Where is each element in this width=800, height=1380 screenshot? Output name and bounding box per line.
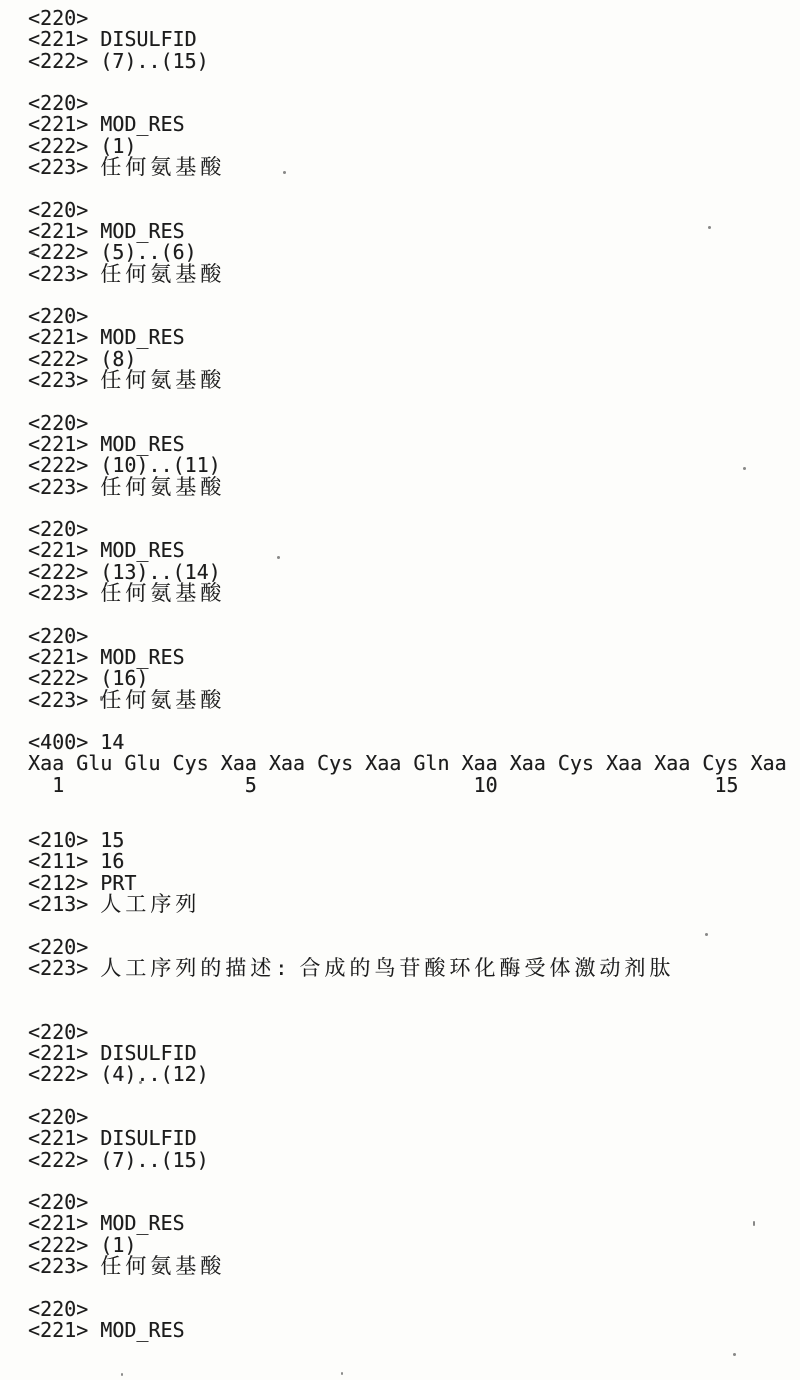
listing-line: <220> [28, 1022, 800, 1043]
scan-speck [753, 1221, 755, 1226]
listing-cjk-text: 任何氨基酸 [100, 1254, 225, 1278]
listing-line: <223> 任何氨基酸 [28, 690, 800, 711]
listing-cjk-text: 人工序列的描述 [100, 956, 275, 980]
listing-line: <221> DISULFID [28, 1128, 800, 1149]
listing-code-text: <222> (7)..(15) [28, 1148, 209, 1172]
listing-line: <221> MOD_RES [28, 221, 800, 242]
listing-cjk-text: 任何氨基酸 [100, 262, 225, 286]
scan-speck [708, 226, 711, 229]
listing-code-text: <223> [28, 956, 100, 980]
listing-line: <222> (4)..(12) [28, 1064, 800, 1085]
listing-line: <220> [28, 1299, 800, 1320]
scan-speck [283, 171, 286, 174]
listing-line: <221> DISULFID [28, 29, 800, 50]
sequence-listing-text: <220><221> DISULFID<222> (7)..(15)<220><… [28, 8, 800, 1341]
scan-speck [121, 1373, 123, 1376]
listing-block: <220><221> MOD_RES<222> (5)..(6)<223> 任何… [28, 200, 800, 285]
scan-speck [743, 467, 746, 470]
listing-block: <220><221> MOD_RES<222> (1)<223> 任何氨基酸 [28, 1192, 800, 1277]
listing-cjk-text: 任何氨基酸 [100, 475, 225, 499]
listing-line: <220> [28, 306, 800, 327]
listing-code-text: : [275, 956, 299, 980]
listing-block: <400> 14Xaa Glu Glu Cys Xaa Xaa Cys Xaa … [28, 732, 800, 796]
listing-line: <222> (8) [28, 349, 800, 370]
listing-cjk-text: 任何氨基酸 [100, 155, 225, 179]
listing-cjk-text: 合成的鸟苷酸环化酶受体激动剂肽 [299, 956, 674, 980]
listing-line: <221> MOD_RES [28, 647, 800, 668]
listing-line: <220> [28, 519, 800, 540]
listing-line: <223> 任何氨基酸 [28, 157, 800, 178]
listing-code-text: <223> [28, 368, 100, 392]
listing-cjk-text: 任何氨基酸 [100, 368, 225, 392]
listing-line: <222> (1) [28, 1235, 800, 1256]
listing-block: <220><221> MOD_RES<222> (16)<223> 任何氨基酸 [28, 626, 800, 711]
listing-block: <220><221> MOD_RES<222> (10)..(11)<223> … [28, 413, 800, 498]
scan-speck [277, 556, 280, 559]
scan-speck [705, 933, 708, 936]
listing-line: <223> 任何氨基酸 [28, 583, 800, 604]
listing-line: <212> PRT [28, 873, 800, 894]
listing-block: <220><221> MOD_RES<222> (8)<223> 任何氨基酸 [28, 306, 800, 391]
listing-line: <221> DISULFID [28, 1043, 800, 1064]
listing-block: <220><221> MOD_RES<222> (1)<223> 任何氨基酸 [28, 93, 800, 178]
listing-line: <222> (16) [28, 668, 800, 689]
listing-line: <211> 16 [28, 851, 800, 872]
listing-line: <223> 任何氨基酸 [28, 1256, 800, 1277]
listing-line: <220> [28, 200, 800, 221]
listing-code-text: 1 5 10 15 [28, 773, 738, 797]
listing-cjk-text: 任何氨基酸 [100, 581, 225, 605]
listing-code-text: <222> (4)..(12) [28, 1062, 209, 1086]
listing-code-text: <223> [28, 262, 100, 286]
listing-block: <220><221> MOD_RES<222> (13)..(14)<223> … [28, 519, 800, 604]
listing-code-text: <223> [28, 155, 100, 179]
listing-line: <221> MOD_RES [28, 327, 800, 348]
listing-line: 1 5 10 15 [28, 775, 800, 796]
listing-line: <220> [28, 8, 800, 29]
listing-line: <223> 人工序列的描述: 合成的鸟苷酸环化酶受体激动剂肽 [28, 958, 800, 979]
listing-line: <223> 任何氨基酸 [28, 370, 800, 391]
listing-code-text: <223> [28, 475, 100, 499]
listing-line: <220> [28, 626, 800, 647]
scan-speck [30, 252, 35, 254]
listing-code-text: <213> [28, 892, 100, 916]
listing-line: <220> [28, 1107, 800, 1128]
scan-speck [100, 696, 103, 701]
listing-block: <220><221> DISULFID<222> (4)..(12) [28, 1022, 800, 1086]
listing-block: <220><223> 人工序列的描述: 合成的鸟苷酸环化酶受体激动剂肽 [28, 937, 800, 980]
scan-speck [733, 1353, 736, 1356]
listing-line: <222> (13)..(14) [28, 562, 800, 583]
listing-line: <213> 人工序列 [28, 894, 800, 915]
listing-cjk-text: 人工序列 [100, 892, 200, 916]
listing-code-text: <221> MOD_RES [28, 1318, 185, 1342]
listing-line: <222> (7)..(15) [28, 1150, 800, 1171]
listing-code-text: <223> [28, 688, 100, 712]
listing-line: <221> MOD_RES [28, 540, 800, 561]
listing-cjk-text: 任何氨基酸 [100, 688, 225, 712]
listing-line: <223> 任何氨基酸 [28, 264, 800, 285]
listing-line: <221> MOD_RES [28, 114, 800, 135]
listing-line: <221> MOD_RES [28, 434, 800, 455]
listing-block: <210> 15<211> 16<212> PRT<213> 人工序列 [28, 830, 800, 915]
listing-line: <222> (5)..(6) [28, 242, 800, 263]
sequence-listing-page: <220><221> DISULFID<222> (7)..(15)<220><… [0, 0, 800, 1380]
listing-line: <222> (1) [28, 136, 800, 157]
listing-line: <210> 15 [28, 830, 800, 851]
listing-line: <220> [28, 1192, 800, 1213]
listing-line: <220> [28, 937, 800, 958]
listing-line: <221> MOD_RES [28, 1320, 800, 1341]
listing-code-text: <222> (7)..(15) [28, 49, 209, 73]
listing-line: Xaa Glu Glu Cys Xaa Xaa Cys Xaa Gln Xaa … [28, 753, 800, 774]
listing-line: <221> MOD_RES [28, 1213, 800, 1234]
listing-line: <400> 14 [28, 732, 800, 753]
listing-code-text: <223> [28, 581, 100, 605]
listing-line: <222> (10)..(11) [28, 455, 800, 476]
listing-block: <220><221> DISULFID<222> (7)..(15) [28, 1107, 800, 1171]
listing-block: <220><221> DISULFID<222> (7)..(15) [28, 8, 800, 72]
listing-line: <223> 任何氨基酸 [28, 477, 800, 498]
listing-line: <222> (7)..(15) [28, 51, 800, 72]
scan-speck [139, 1081, 142, 1084]
listing-block: <220><221> MOD_RES [28, 1299, 800, 1342]
listing-line: <220> [28, 413, 800, 434]
scan-speck [341, 1372, 343, 1375]
listing-line: <220> [28, 93, 800, 114]
listing-code-text: <223> [28, 1254, 100, 1278]
